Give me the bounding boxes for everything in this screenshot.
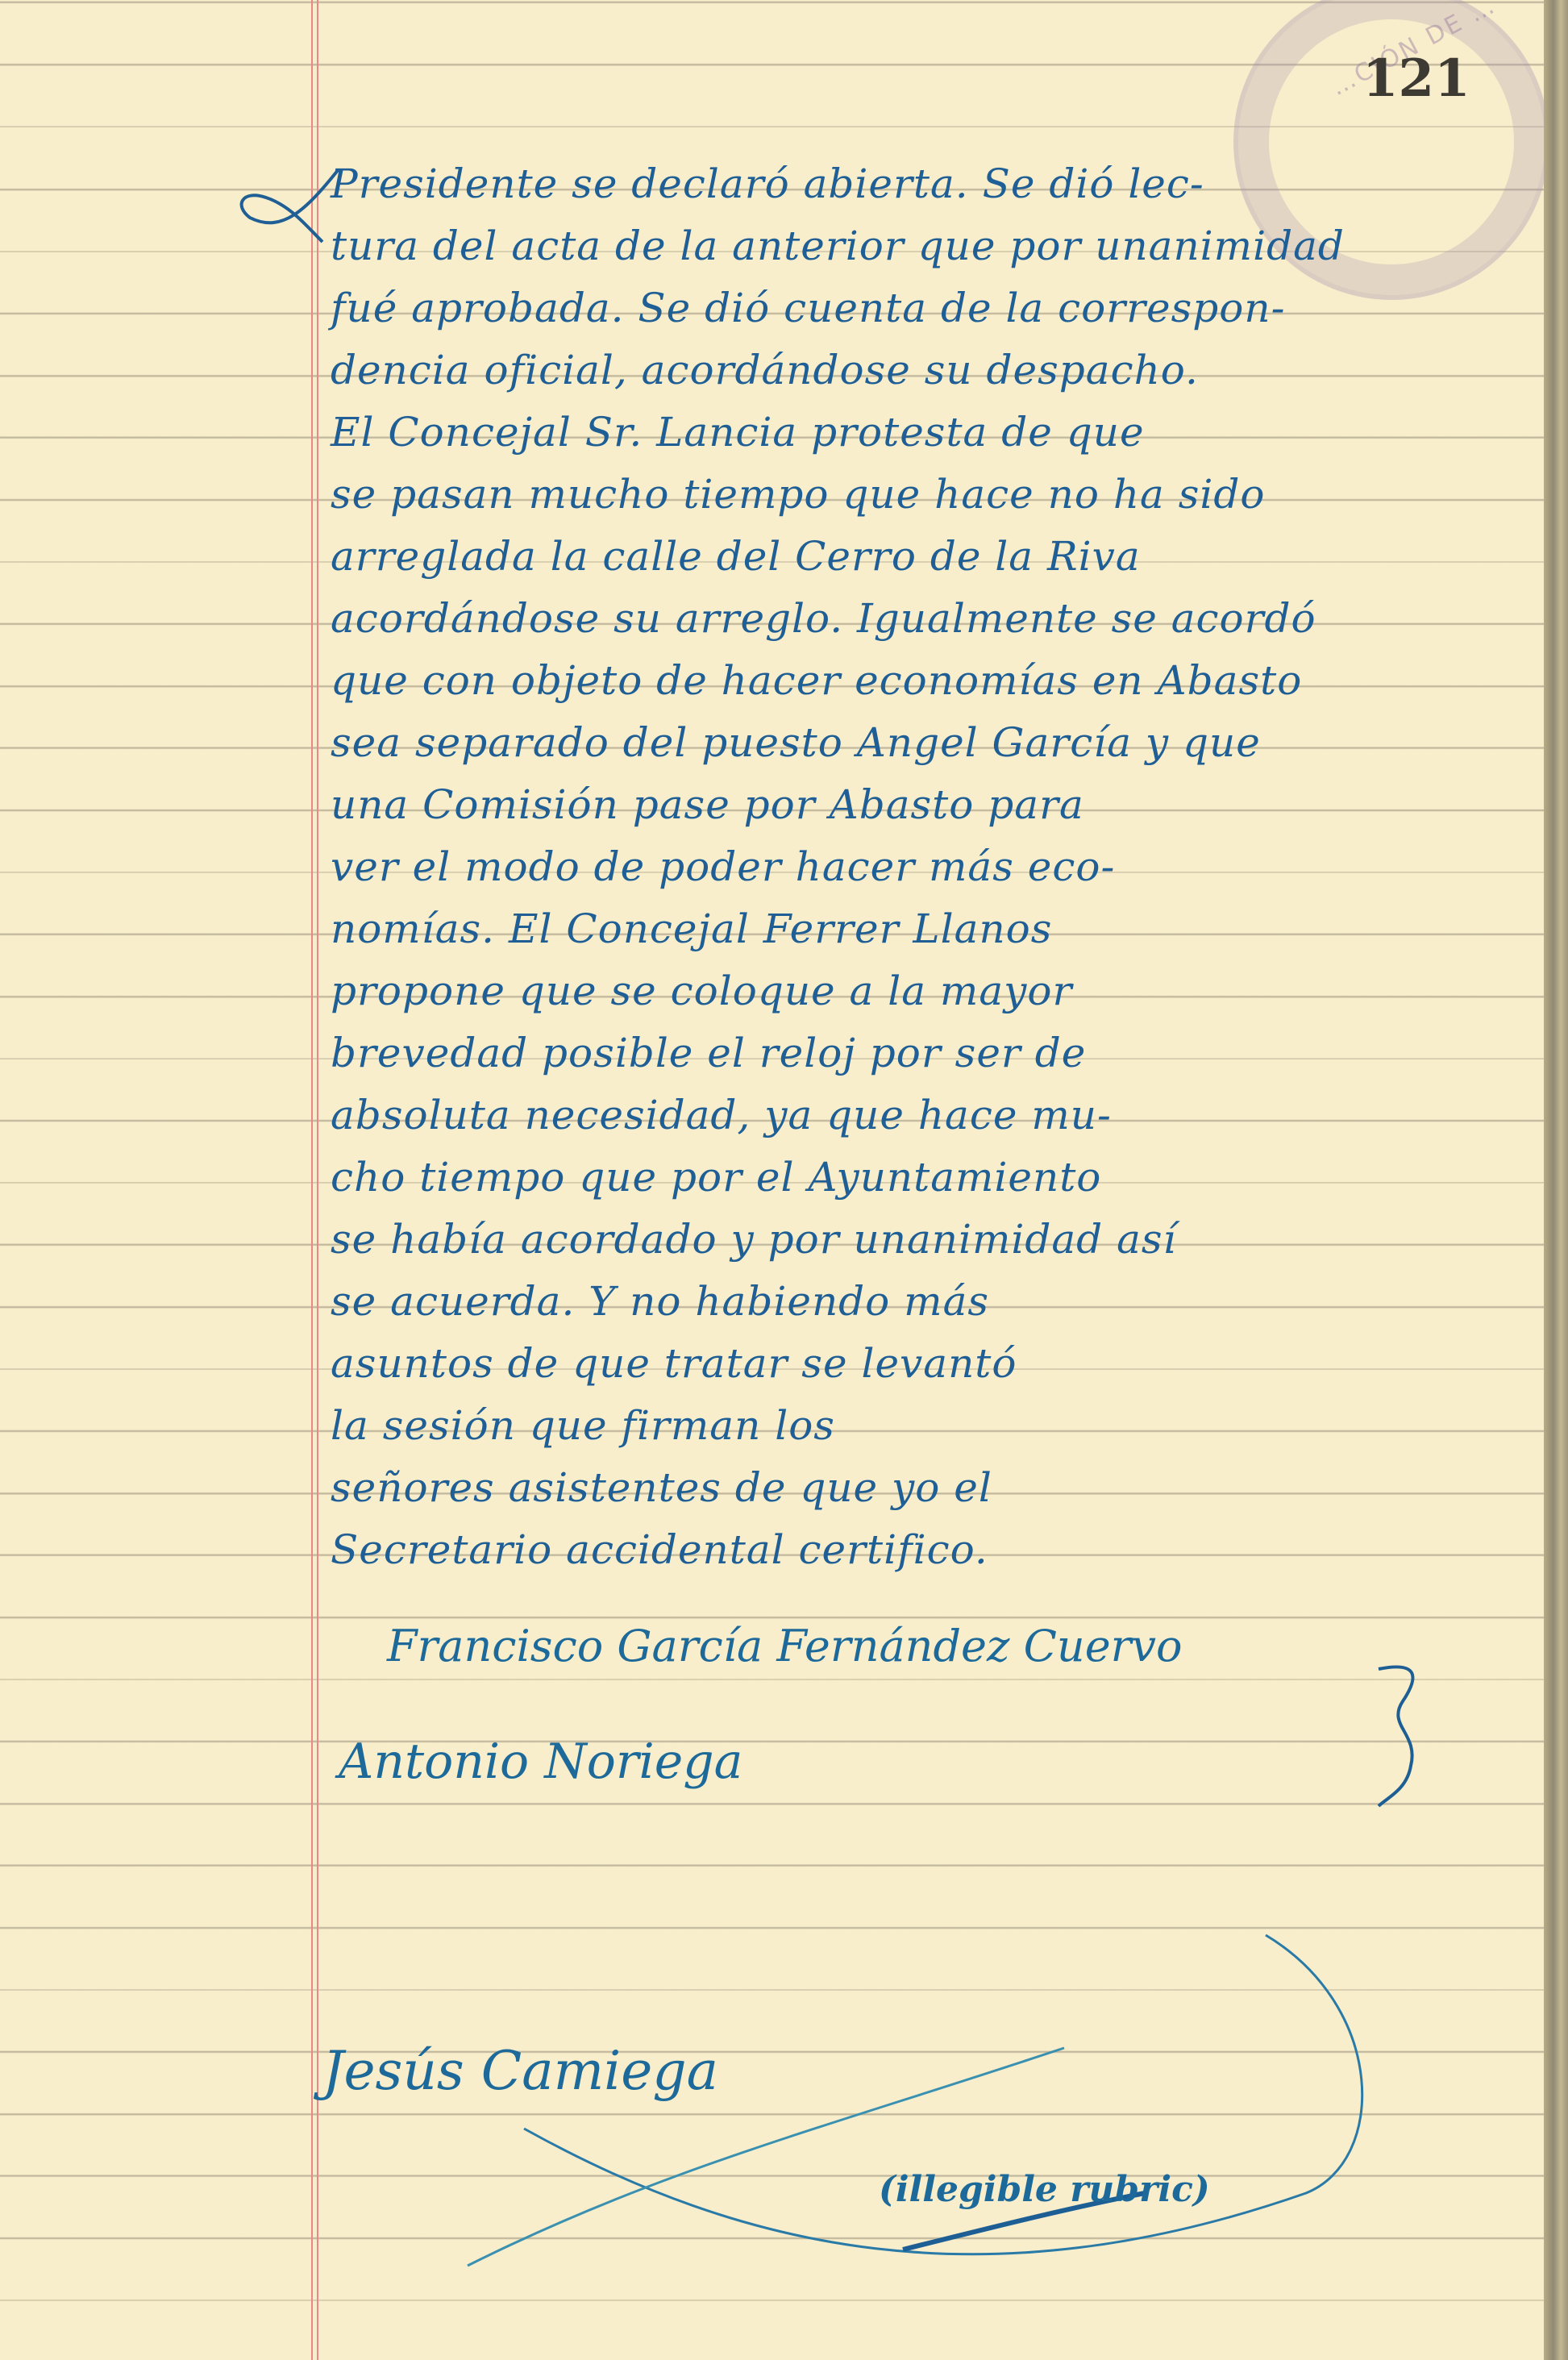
book-binding-edge [1544,0,1568,2360]
signature-2: Antonio Noriega [339,1734,742,1790]
margin-rule-right [317,0,318,2360]
opening-flourish-icon [234,161,347,258]
body-line: ver el modo de poder hacer más eco- [331,836,1524,898]
body-line: señores asistentes de que yo el [331,1457,1524,1519]
signature-flourish-icon [339,1887,1387,2306]
body-line: la sesión que firman los [331,1395,1524,1457]
signature-1: Francisco García Fernández Cuervo [387,1621,1182,1671]
body-line: que con objeto de hacer economías en Aba… [331,650,1524,712]
margin-rule-left [311,0,313,2360]
body-line: arreglada la calle del Cerro de la Riva [331,526,1524,588]
body-line: dencia oficial, acordándose su despacho. [331,339,1524,402]
body-line: se pasan mucho tiempo que hace no ha sid… [331,464,1524,526]
body-line: brevedad posible el reloj por ser de [331,1022,1524,1084]
page-number: 121 [1362,48,1470,109]
body-line: nomías. El Concejal Ferrer Llanos [331,898,1524,960]
body-line: Secretario accidental certifico. [331,1519,1524,1581]
body-line: Presidente se declaró abierta. Se dió le… [331,153,1524,215]
signature-bracket-icon [1370,1653,1467,1814]
minutes-body: Presidente se declaró abierta. Se dió le… [331,153,1524,1581]
body-line: propone que se coloque a la mayor [331,960,1524,1022]
body-line: fué aprobada. Se dió cuenta de la corres… [331,277,1524,339]
body-line: cho tiempo que por el Ayuntamiento [331,1147,1524,1209]
signature-4-rubric: (illegible rubric) [879,2169,1210,2210]
body-line: se acuerda. Y no habiendo más [331,1271,1524,1333]
body-line: acordándose su arreglo. Igualmente se ac… [331,588,1524,650]
body-line: El Concejal Sr. Lancia protesta de que [331,402,1524,464]
body-line: una Comisión pase por Abasto para [331,774,1524,836]
body-line: asuntos de que tratar se levantó [331,1333,1524,1395]
body-line: tura del acta de la anterior que por una… [331,215,1524,277]
body-line: se había acordado y por unanimidad así [331,1209,1524,1271]
body-line: absoluta necesidad, ya que hace mu- [331,1084,1524,1147]
body-line: sea separado del puesto Angel García y q… [331,712,1524,774]
ledger-page: …CIÓN DE … 121 Presidente se declaró abi… [0,0,1544,2360]
